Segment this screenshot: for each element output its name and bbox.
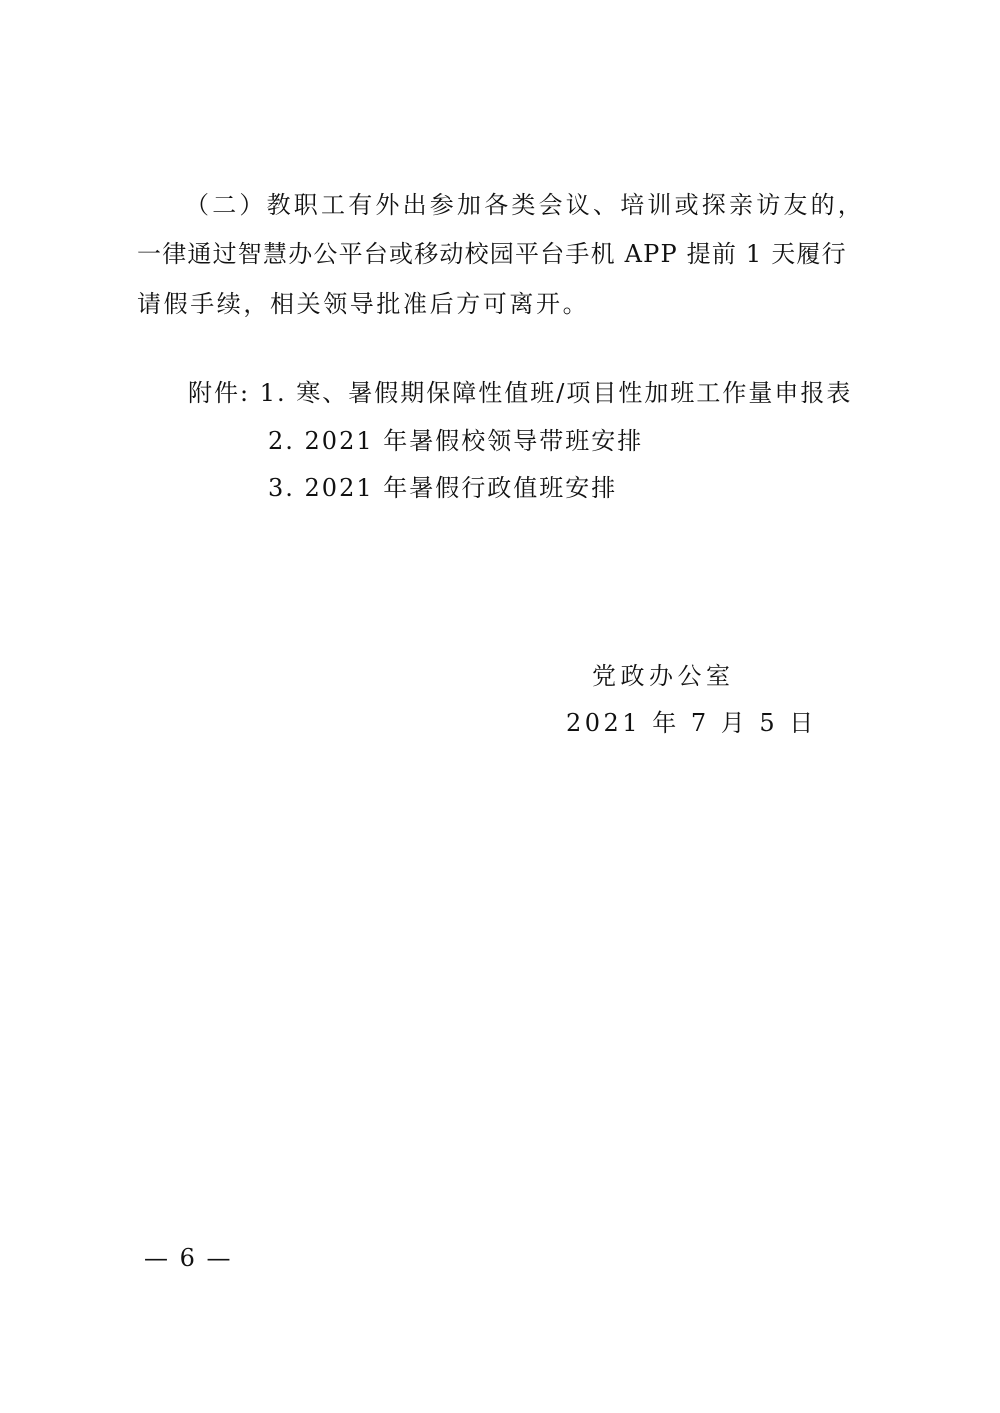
attachment-item: 附件: 1. 寒、暑假期保障性值班/项目性加班工作量申报表 (188, 378, 852, 408)
attachment-item: 3. 2021 年暑假行政值班安排 (268, 473, 617, 503)
page-number: — 6 — (144, 1243, 233, 1273)
attachment-item: 2. 2021 年暑假校领导带班安排 (268, 426, 643, 456)
attachment-label: 附件: (188, 379, 250, 407)
paragraph-line: 请假手续，相关领导批准后方可离开。 (137, 289, 589, 319)
signature-organization: 党政办公室 (592, 661, 735, 691)
document-page: （二）教职工有外出参加各类会议、培训或探亲访友的， 一律通过智慧办公平台或移动校… (0, 0, 1000, 1413)
paragraph-line: （二）教职工有外出参加各类会议、培训或探亲访友的， (185, 190, 865, 220)
attachment-item-text: 1. 寒、暑假期保障性值班/项目性加班工作量申报表 (260, 379, 853, 407)
signature-date: 2021 年 7 月 5 日 (566, 708, 817, 738)
paragraph-line: 一律通过智慧办公平台或移动校园平台手机 APP 提前 1 天履行 (137, 239, 847, 269)
